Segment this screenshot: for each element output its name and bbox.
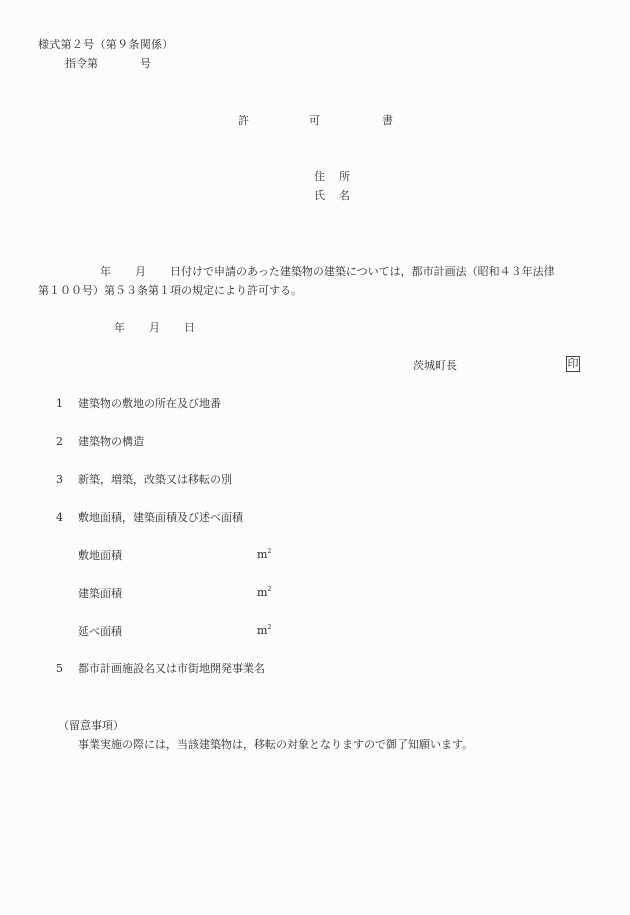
- body-text-rest: 日付けで申請のあった建築物の建築については，都市計画法（昭和４３年法律: [170, 265, 555, 278]
- item-1: 1建築物の敷地の所在及び地番: [56, 398, 221, 409]
- notes-text: 事業実施の際には，当該建築物は，移転の対象となりますので御了知願います。: [78, 739, 473, 750]
- issuer-title: 茨城町長: [413, 360, 457, 371]
- directive-suffix: 号: [140, 57, 151, 70]
- application-year: 年: [100, 265, 111, 278]
- directive-number-line: 指令第号: [65, 58, 151, 69]
- notes-heading: （留意事項）: [58, 720, 124, 731]
- address-label: 住所: [314, 171, 350, 182]
- issue-date: 年月日: [114, 322, 195, 333]
- title-char: 書: [382, 115, 393, 126]
- application-month: 月: [135, 265, 146, 278]
- name-label: 氏名: [314, 190, 350, 201]
- title-char: 許: [238, 115, 249, 126]
- title-char: 可: [309, 115, 320, 126]
- building-area-unit: m2: [257, 587, 271, 598]
- building-area-label: 建築面積: [78, 588, 122, 599]
- item-3: 3新築，増築，改築又は移転の別: [56, 474, 232, 485]
- body-text-line-1: 年月日付けで申請のあった建築物の建築については，都市計画法（昭和４３年法律: [38, 266, 555, 277]
- item-5: 5都市計画施設名又は市街地開発事業名: [56, 663, 265, 674]
- site-area-unit: m2: [257, 549, 271, 560]
- directive-prefix: 指令第: [65, 57, 98, 70]
- form-number: 様式第２号（第９条関係）: [38, 39, 174, 50]
- body-text-line-2: 第１００号）第５３条第１項の規定により許可する。: [38, 285, 302, 296]
- item-4: 4敷地面積，建築面積及び述べ面積: [56, 512, 243, 523]
- seal-box: 印: [566, 356, 580, 372]
- item-2: 2建築物の構造: [56, 436, 144, 447]
- site-area-label: 敷地面積: [78, 550, 122, 561]
- total-floor-area-unit: m2: [257, 625, 271, 636]
- document-title: 許可書: [238, 115, 393, 126]
- total-floor-area-label: 延べ面積: [78, 626, 122, 637]
